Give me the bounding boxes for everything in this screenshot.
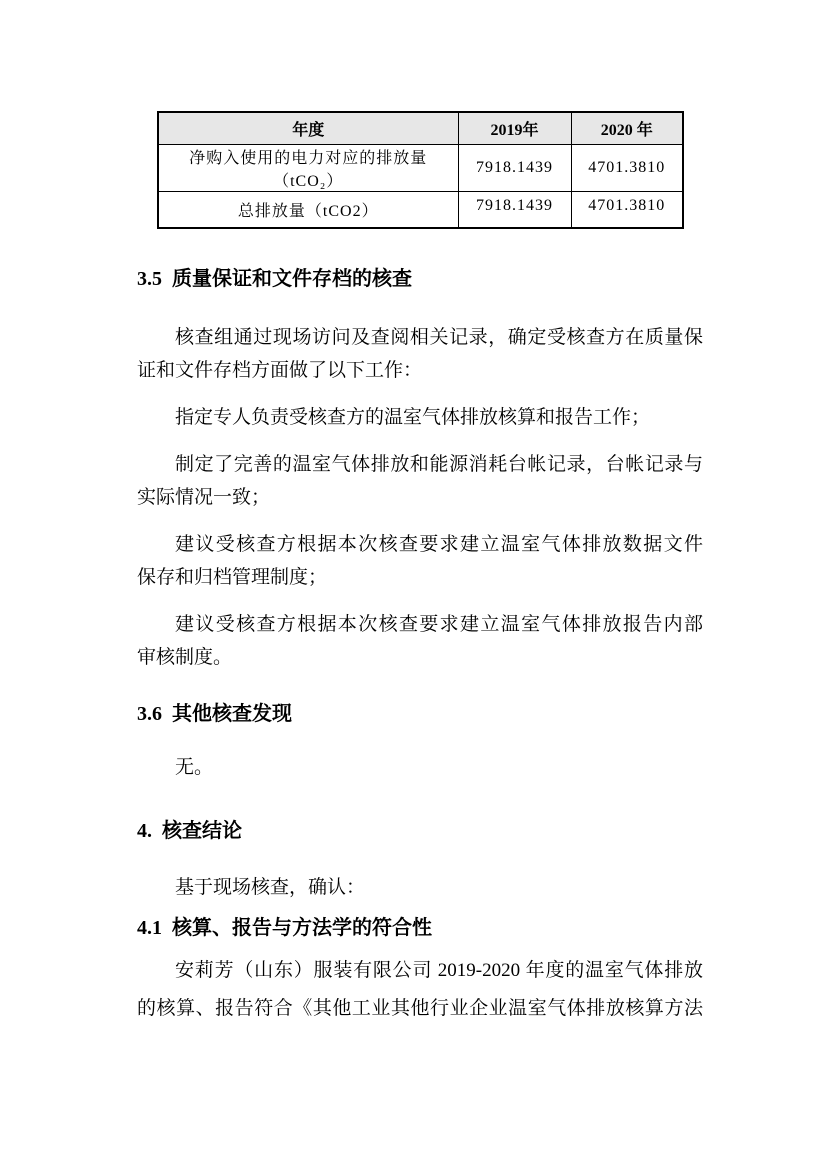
paragraph-line: 证和文件存档方面做了以下工作： [137,354,703,387]
paragraph-line: 建议受核查方根据本次核查要求建立温室气体排放报告内部 [137,608,703,641]
paragraph-onsite-confirmation: 基于现场核查，确认： [137,871,703,904]
section-title-3-6: 其他核查发现 [172,703,292,725]
table-row-total-emissions: 总排放量（tCO2） 7918.1439 4701.3810 [158,191,683,228]
section-number-3-6: 3.6 [137,703,162,725]
paragraph-ledger-records: 制定了完善的温室气体排放和能源消耗台帐记录，台帐记录与 实际情况一致； [137,448,703,514]
paragraph-line: 实际情况一致； [137,481,703,514]
paragraph-line: 审核制度。 [137,641,703,674]
paragraph-line: 指定专人负责受核查方的温室气体排放核算和报告工作； [137,401,703,434]
paragraph-quality-assurance-intro: 核查组通过现场访问及查阅相关记录，确定受核查方在质量保 证和文件存档方面做了以下… [137,321,703,387]
row-label-total: 总排放量（tCO2） [158,191,458,228]
page-content: 年度 2019年 2020 年 净购入使用的电力对应的排放量（tCO₂） 791… [0,0,827,1028]
table-header-year: 年度 [158,112,458,144]
paragraph-designated-personnel: 指定专人负责受核查方的温室气体排放核算和报告工作； [137,401,703,434]
paragraph-line: 建议受核查方根据本次核查要求建立温室气体排放数据文件 [137,528,703,561]
document-page: 年度 2019年 2020 年 净购入使用的电力对应的排放量（tCO₂） 791… [0,0,827,1169]
table-header-2020: 2020 年 [571,112,683,144]
paragraph-compliance-statement: 安莉芳（山东）服装有限公司 2019-2020 年度的温室气体排放 的核算、报告… [137,952,703,1028]
table-header-row: 年度 2019年 2020 年 [158,112,683,144]
section-number-4-1: 4.1 [137,917,162,939]
section-number-4: 4. [137,820,152,842]
paragraph-line: 保存和归档管理制度； [137,561,703,594]
paragraph-line: 安莉芳（山东）服装有限公司 2019-2020 年度的温室气体排放 [137,952,703,990]
paragraph-data-archiving-recommendation: 建议受核查方根据本次核查要求建立温室气体排放数据文件 保存和归档管理制度； [137,528,703,594]
paragraph-line: 基于现场核查，确认： [137,871,703,904]
emissions-table: 年度 2019年 2020 年 净购入使用的电力对应的排放量（tCO₂） 791… [157,111,684,229]
section-heading-4: 4.核查结论 [137,817,703,845]
total-2020-value: 4701.3810 [571,191,683,228]
row-label-electricity: 净购入使用的电力对应的排放量（tCO₂） [158,144,458,191]
section-heading-3-5: 3.5质量保证和文件存档的核查 [137,265,703,293]
electricity-2020-value: 4701.3810 [571,144,683,191]
section-title-4-1: 核算、报告与方法学的符合性 [172,917,432,939]
total-2019-value: 7918.1439 [458,191,571,228]
section-heading-3-6: 3.6其他核查发现 [137,700,703,728]
section-title-4: 核查结论 [162,820,242,842]
paragraph-none: 无。 [137,751,703,784]
paragraph-line: 制定了完善的温室气体排放和能源消耗台帐记录，台帐记录与 [137,448,703,481]
paragraph-internal-review-recommendation: 建议受核查方根据本次核查要求建立温室气体排放报告内部 审核制度。 [137,608,703,674]
table-row-electricity-emissions: 净购入使用的电力对应的排放量（tCO₂） 7918.1439 4701.3810 [158,144,683,191]
table-header-2019: 2019年 [458,112,571,144]
section-heading-4-1: 4.1核算、报告与方法学的符合性 [137,914,703,942]
section-number-3-5: 3.5 [137,268,162,290]
paragraph-line: 无。 [137,751,703,784]
electricity-2019-value: 7918.1439 [458,144,571,191]
paragraph-line: 核查组通过现场访问及查阅相关记录，确定受核查方在质量保 [137,321,703,354]
section-title-3-5: 质量保证和文件存档的核查 [172,268,412,290]
paragraph-line: 的核算、报告符合《其他工业其他行业企业温室气体排放核算方法 [137,990,703,1028]
